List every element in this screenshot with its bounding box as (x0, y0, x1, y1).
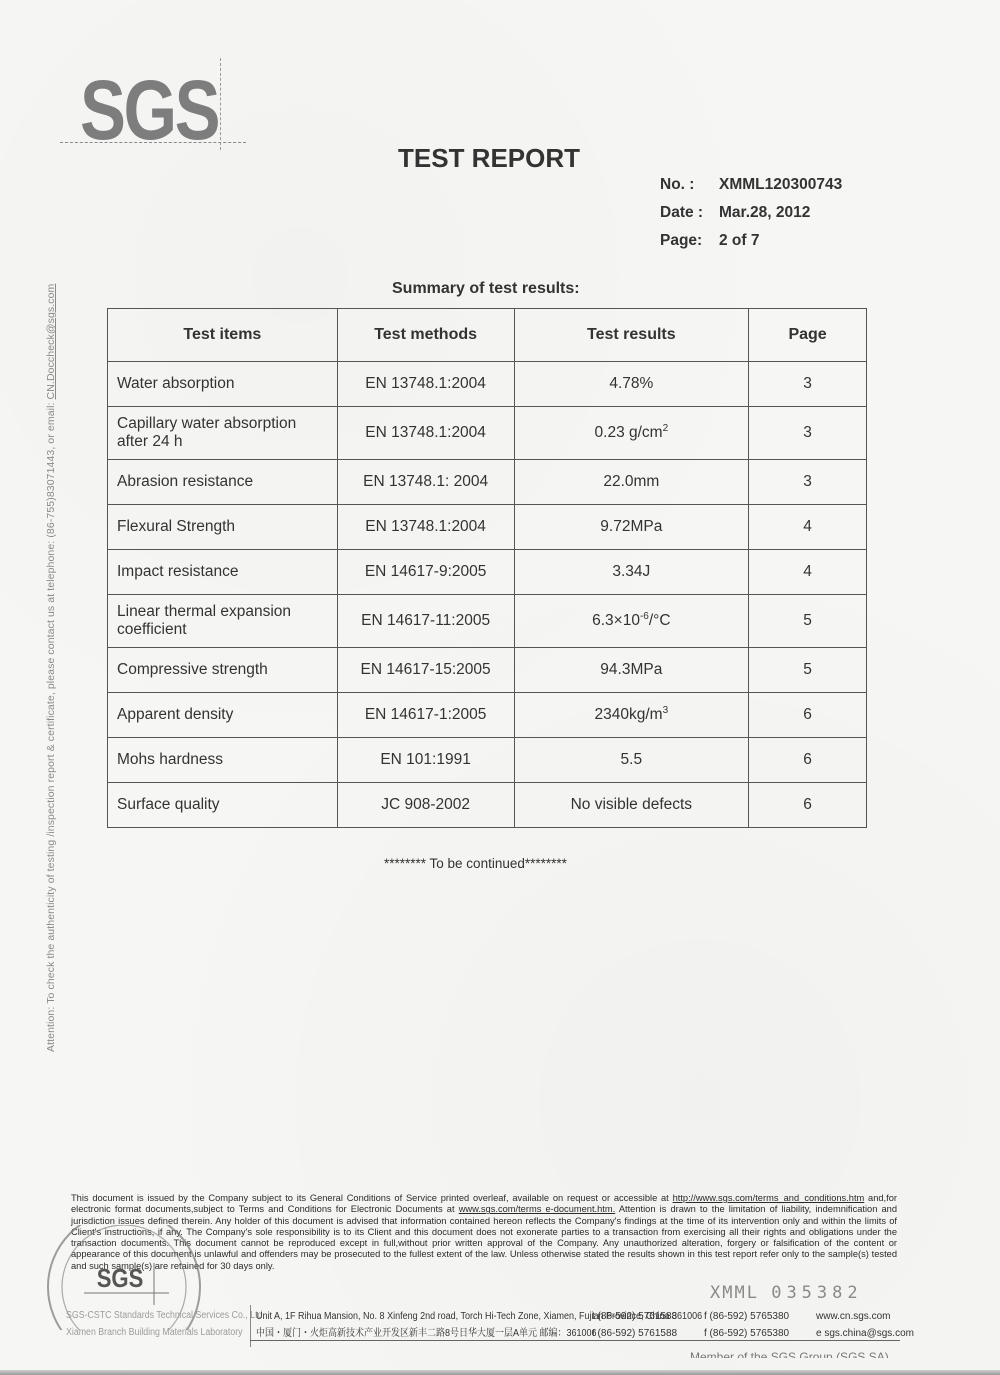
page-ref-cell: 3 (749, 407, 867, 460)
column-header: Test methods (337, 309, 514, 362)
fax-number: f (86-592) 5765380 (704, 1308, 816, 1325)
test-item-cell: Abrasion resistance (108, 460, 338, 505)
test-result-cell: 2340kg/m3 (514, 693, 749, 738)
page-ref-cell: 6 (749, 783, 867, 828)
test-method-cell: EN 13748.1:2004 (337, 505, 514, 550)
report-title: TEST REPORT (398, 143, 580, 174)
logo-divider (60, 142, 246, 143)
test-method-cell: EN 13748.1: 2004 (337, 460, 514, 505)
website-link[interactable]: www.cn.sgs.com (816, 1308, 916, 1325)
test-method-cell: EN 13748.1:2004 (337, 362, 514, 407)
table-row: Impact resistanceEN 14617-9:20053.34J4 (108, 550, 867, 595)
test-method-cell: EN 14617-1:2005 (337, 693, 514, 738)
table-row: Abrasion resistanceEN 13748.1: 200422.0m… (108, 460, 867, 505)
sgs-logo: SGS (80, 68, 218, 152)
summary-table: Test items Test methods Test results Pag… (107, 308, 867, 828)
summary-heading: Summary of test results: (392, 280, 580, 298)
table-row: Water absorptionEN 13748.1:20044.78%3 (108, 362, 867, 407)
test-item-cell: Surface quality (108, 783, 338, 828)
fax-number: f (86-592) 5765380 (704, 1325, 816, 1342)
page-ref-cell: 5 (749, 595, 867, 648)
report-meta: No. : XMML120300743 Date : Mar.28, 2012 … (660, 176, 842, 260)
email-link[interactable]: e sgs.china@sgs.com (816, 1325, 916, 1342)
continuation-note: ******** To be continued******** (384, 856, 567, 871)
test-result-cell: 9.72MPa (514, 505, 749, 550)
test-item-cell: Water absorption (108, 362, 338, 407)
test-method-cell: EN 14617-15:2005 (337, 648, 514, 693)
report-number: No. : XMML120300743 (660, 176, 842, 204)
test-method-cell: JC 908-2002 (337, 783, 514, 828)
page-ref-cell: 3 (749, 362, 867, 407)
table-row: Linear thermal expansion coefficientEN 1… (108, 595, 867, 648)
table-row: Mohs hardnessEN 101:19915.56 (108, 738, 867, 783)
contact-row-chinese: 中国・厦门・火炬高新技术产业开发区新丰二路8号日华大厦一层A单元 邮编：3610… (256, 1325, 916, 1342)
terms-link[interactable]: www.sgs.com/terms e-document.htm. (459, 1204, 616, 1214)
test-item-cell: Capillary water absorption after 24 h (108, 407, 338, 460)
table-row: Flexural StrengthEN 13748.1:20049.72MPa4 (108, 505, 867, 550)
column-header: Test items (108, 309, 338, 362)
test-method-cell: EN 14617-11:2005 (337, 595, 514, 648)
test-result-cell: No visible defects (514, 783, 749, 828)
test-result-cell: 94.3MPa (514, 648, 749, 693)
page-ref-cell: 4 (749, 550, 867, 595)
contact-block: Unit A, 1F Rihua Mansion, No. 8 Xinfeng … (256, 1308, 916, 1342)
test-method-cell: EN 13748.1:2004 (337, 407, 514, 460)
test-item-cell: Impact resistance (108, 550, 338, 595)
page-ref-cell: 3 (749, 460, 867, 505)
test-method-cell: EN 14617-9:2005 (337, 550, 514, 595)
table-row: Compressive strengthEN 14617-15:200594.3… (108, 648, 867, 693)
column-header: Page (749, 309, 867, 362)
test-item-cell: Flexural Strength (108, 505, 338, 550)
table-header-row: Test items Test methods Test results Pag… (108, 309, 867, 362)
page-ref-cell: 5 (749, 648, 867, 693)
logo-vertical-divider (220, 58, 221, 150)
column-header: Test results (514, 309, 749, 362)
contact-row-english: Unit A, 1F Rihua Mansion, No. 8 Xinfeng … (256, 1308, 916, 1325)
phone-number: t (86-592) 5761588 (592, 1325, 704, 1342)
serial-number: XMML 035382 (710, 1283, 863, 1303)
doccheck-email-link[interactable]: CN.Doccheck@sgs.com (45, 284, 57, 400)
test-item-cell: Apparent density (108, 693, 338, 738)
terms-link[interactable]: http://www.sgs.com/terms_and_conditions.… (673, 1193, 865, 1203)
test-item-cell: Compressive strength (108, 648, 338, 693)
table-row: Apparent densityEN 14617-1:20052340kg/m3… (108, 693, 867, 738)
test-item-cell: Mohs hardness (108, 738, 338, 783)
test-method-cell: EN 101:1991 (337, 738, 514, 783)
authenticity-note: Attention: To check the authenticity of … (45, 284, 57, 1052)
member-note: Member of the SGS Group (SGS SA) (690, 1350, 889, 1358)
disclaimer-text: This document is issued by the Company s… (71, 1193, 897, 1272)
page-ref-cell: 6 (749, 738, 867, 783)
test-result-cell: 0.23 g/cm2 (514, 407, 749, 460)
test-result-cell: 4.78% (514, 362, 749, 407)
table-row: Capillary water absorption after 24 hEN … (108, 407, 867, 460)
page-ref-cell: 4 (749, 505, 867, 550)
test-result-cell: 6.3×10-6/°C (514, 595, 749, 648)
page-ref-cell: 6 (749, 693, 867, 738)
test-result-cell: 3.34J (514, 550, 749, 595)
test-item-cell: Linear thermal expansion coefficient (108, 595, 338, 648)
report-page: Page: 2 of 7 (660, 232, 842, 260)
company-name: SGS-CSTC Standards Technical Services Co… (66, 1307, 265, 1341)
report-date: Date : Mar.28, 2012 (660, 204, 842, 232)
table-row: Surface qualityJC 908-2002No visible def… (108, 783, 867, 828)
test-result-cell: 5.5 (514, 738, 749, 783)
scan-edge (0, 1370, 1000, 1375)
test-result-cell: 22.0mm (514, 460, 749, 505)
